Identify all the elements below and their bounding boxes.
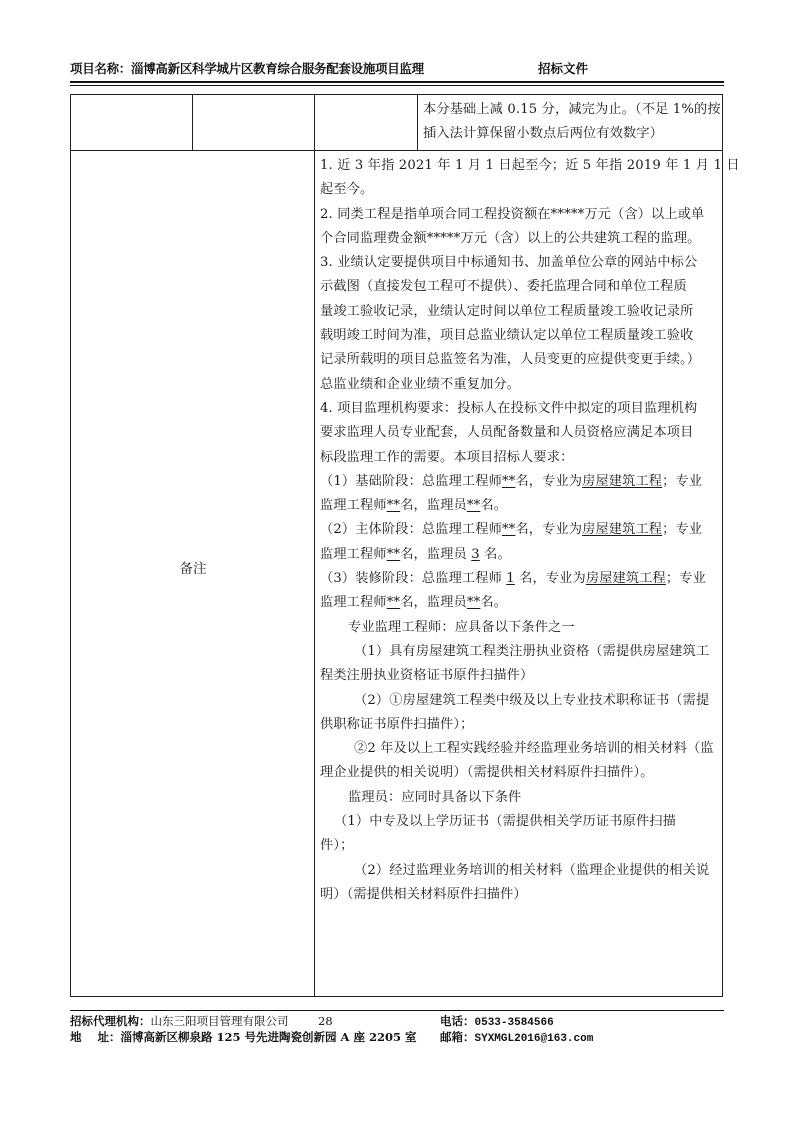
- column-divider-1: [192, 95, 193, 151]
- stage-decoration-line1: （3）装修阶段：总监理工程师 1 名，专业为房屋建筑工程；专业: [320, 567, 740, 591]
- agency-name: 山东三阳项目管理有限公司: [151, 1014, 289, 1028]
- remark-line: 总监业绩和企业业绩不重复加分。: [320, 373, 740, 397]
- inspector-count: **: [467, 595, 481, 610]
- remark-line: 量竣工验收记录，业绩认定时间以单位工程质量竣工验收记录所: [320, 300, 740, 324]
- address-label: 地 址：: [70, 1030, 121, 1044]
- stage-main-line2: 监理工程师**名，监理员 3 名。: [320, 543, 740, 567]
- qualification-line: 供职称证书原件扫描件）；: [320, 713, 740, 737]
- remark-label: 备注: [71, 557, 315, 577]
- header-rule-thick: [70, 81, 724, 83]
- footer-rule: [70, 1010, 724, 1011]
- remark-line: 要求监理人员专业配套，人员配备数量和人员资格应满足本项目: [320, 421, 740, 445]
- remark-line: 2. 同类工程是指单项合同工程投资额在*****万元（含）以上或单: [320, 203, 740, 227]
- inspector-count: 3: [471, 547, 480, 562]
- remark-line: 标段监理工作的需要。本项目招标人要求：: [320, 446, 740, 470]
- scoring-line: 插入法计算保留小数点后两位有效数字）: [423, 122, 721, 146]
- qualification-line: 程类注册执业资格证书原件扫描件）: [320, 664, 740, 688]
- evaluation-table: 本分基础上减 0.15 分，减完为止。（不足 1%的按 插入法计算保留小数点后两…: [70, 94, 723, 997]
- remark-line: 1. 近 3 年指 2021 年 1 月 1 日起至今；近 5 年指 2019 …: [320, 154, 740, 178]
- remark-line: 起至今。: [320, 178, 740, 202]
- stage-foundation-line1: （1）基础阶段：总监理工程师**名，专业为房屋建筑工程；专业: [320, 470, 740, 494]
- chief-engineer-count: **: [502, 522, 516, 537]
- remark-line: 示截图（直接发包工程可不提供）、委托监理合同和单位工程质: [320, 275, 740, 299]
- qualification-line: （1）中专及以上学历证书（需提供相关学历证书原件扫描: [320, 810, 740, 834]
- qualification-line: （2）经过监理业务培训的相关材料（监理企业提供的相关说: [320, 859, 740, 883]
- header-rule-thin: [70, 85, 724, 86]
- stage-main-line1: （2）主体阶段：总监理工程师**名，专业为房屋建筑工程；专业: [320, 518, 740, 542]
- page-header: 项目名称：淄博高新区科学城片区教育综合服务配套设施项目监理 招标文件: [70, 56, 724, 78]
- chief-engineer-count: **: [502, 474, 516, 489]
- qualification-line: （1）具有房屋建筑工程类注册执业资格（需提供房屋建筑工: [320, 640, 740, 664]
- remark-content: 1. 近 3 年指 2021 年 1 月 1 日起至今；近 5 年指 2019 …: [320, 154, 740, 907]
- scoring-continuation-cell: 本分基础上减 0.15 分，减完为止。（不足 1%的按 插入法计算保留小数点后两…: [423, 98, 721, 147]
- email-address[interactable]: SYXMGL2016@163.com: [475, 1033, 594, 1045]
- engineer-count: **: [387, 498, 401, 513]
- phone-number: 0533-3584566: [475, 1017, 554, 1029]
- inspector-count: **: [467, 498, 481, 513]
- address-value: 淄博高新区柳泉路 125 号先进陶瓷创新园 A 座 2205 室: [121, 1030, 417, 1044]
- specialty: 房屋建筑工程: [586, 571, 666, 586]
- qualification-line: （2）①房屋建筑工程类中级及以上专业技术职称证书（需提: [320, 689, 740, 713]
- column-divider-3: [417, 95, 418, 151]
- qualification-line: 件）；: [320, 834, 740, 858]
- stage-decoration-line2: 监理工程师**名，监理员**名。: [320, 591, 740, 615]
- footer-row-agency: 招标代理机构：山东三阳项目管理有限公司 28 电话：0533-3584566: [70, 1013, 724, 1029]
- remark-line: 载明竣工时间为准，项目总监业绩认定以单位工程质量竣工验收: [320, 324, 740, 348]
- stage-foundation-line2: 监理工程师**名，监理员**名。: [320, 494, 740, 518]
- project-title: 项目名称：淄博高新区科学城片区教育综合服务配套设施项目监理: [70, 59, 424, 77]
- remark-line: 3. 业绩认定要提供项目中标通知书、加盖单位公章的网站中标公: [320, 251, 740, 275]
- chief-engineer-count: 1: [506, 571, 515, 586]
- remark-line: 个合同监理费金额*****万元（含）以上的公共建筑工程的监理。: [320, 227, 740, 251]
- qualification-line: ②2 年及以上工程实践经验并经监理业务培训的相关材料（监: [320, 737, 740, 761]
- specialty: 房屋建筑工程: [582, 474, 662, 489]
- agency-label: 招标代理机构：: [70, 1014, 151, 1028]
- phone-label: 电话：: [440, 1014, 475, 1028]
- specialty: 房屋建筑工程: [582, 522, 662, 537]
- remark-line: 记录所载明的项目总监签名为准，人员变更的应提供变更手续。）: [320, 348, 740, 372]
- page-number: 28: [318, 1013, 333, 1029]
- document-type: 招标文件: [538, 59, 588, 77]
- project-name: 淄博高新区科学城片区教育综合服务配套设施项目监理: [131, 61, 424, 76]
- qualification-line: 监理员：应同时具备以下条件: [320, 786, 740, 810]
- engineer-count: **: [387, 547, 401, 562]
- qualification-line: 理企业提供的相关说明）（需提供相关材料原件扫描件）。: [320, 761, 740, 785]
- email-label: 邮箱：: [440, 1030, 475, 1044]
- page-footer: 招标代理机构：山东三阳项目管理有限公司 28 电话：0533-3584566 地…: [70, 1013, 724, 1045]
- qualification-line: 专业监理工程师：应具备以下条件之一: [320, 616, 740, 640]
- email-info: 邮箱：SYXMGL2016@163.com: [440, 1029, 593, 1047]
- qualification-line: 明）（需提供相关材料原件扫描件）: [320, 883, 740, 907]
- column-divider-2: [314, 95, 315, 996]
- footer-row-address: 地 址：淄博高新区柳泉路 125 号先进陶瓷创新园 A 座 2205 室 邮箱：…: [70, 1029, 724, 1045]
- remark-line: 4. 项目监理机构要求：投标人在投标文件中拟定的项目监理机构: [320, 397, 740, 421]
- engineer-count: **: [387, 595, 401, 610]
- row-divider: [71, 150, 722, 151]
- project-label: 项目名称：: [70, 61, 131, 76]
- scoring-line: 本分基础上减 0.15 分，减完为止。（不足 1%的按: [423, 98, 721, 122]
